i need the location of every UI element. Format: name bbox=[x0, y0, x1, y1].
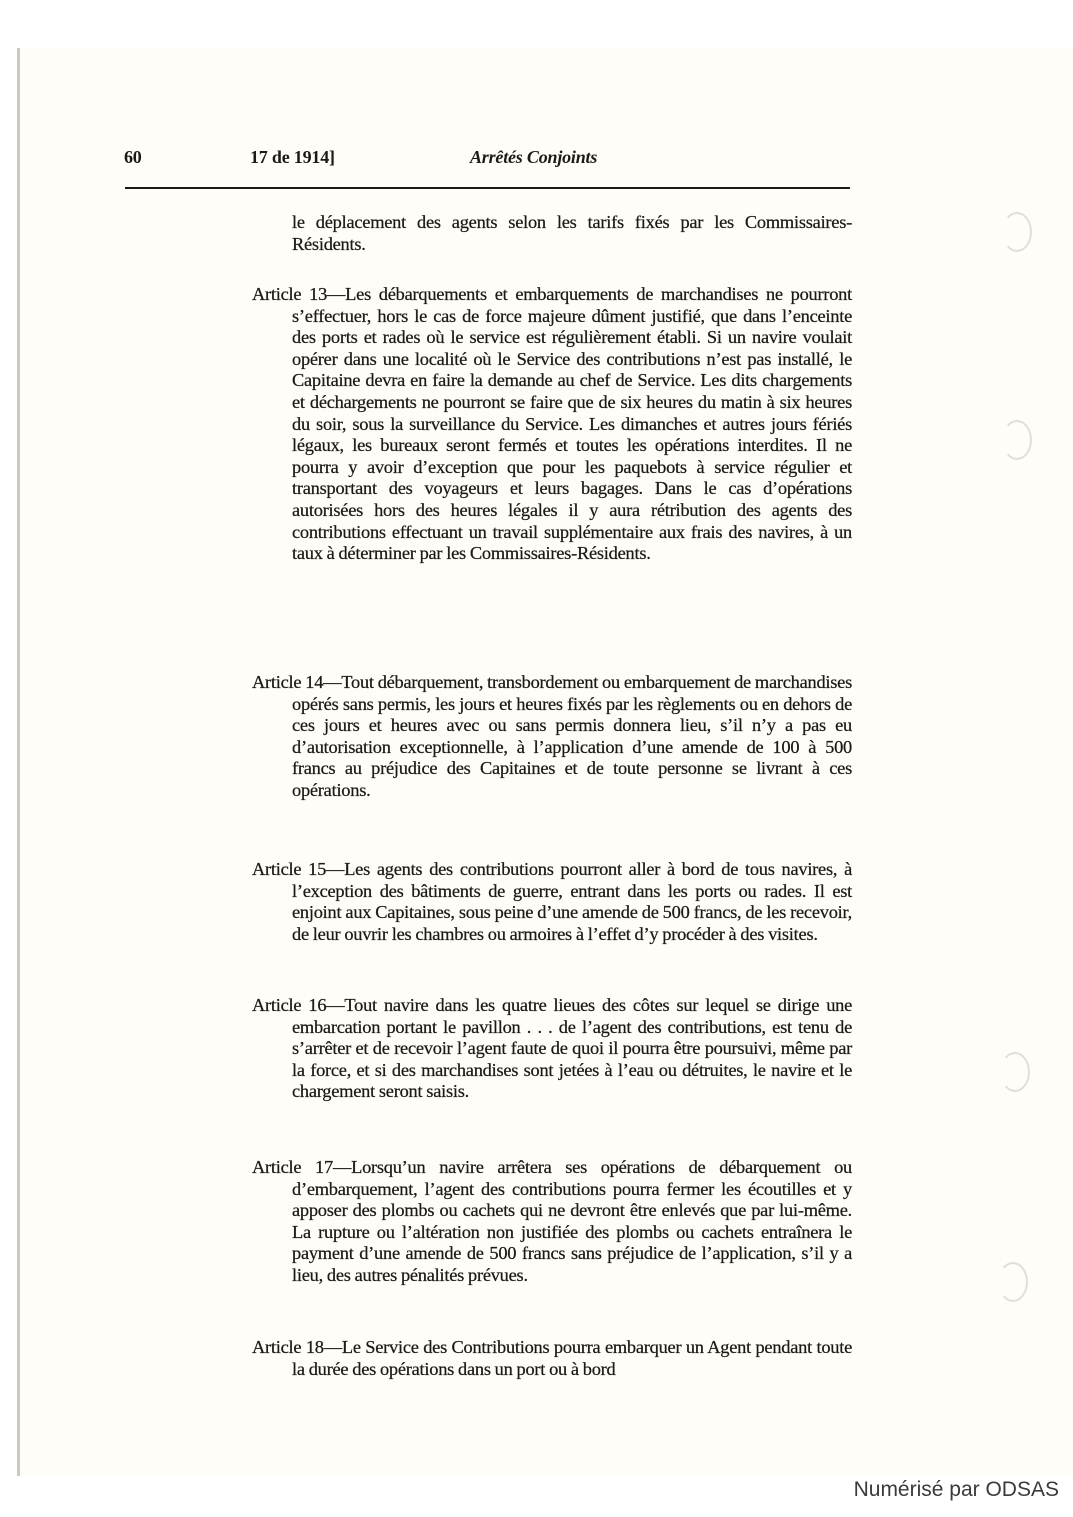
digitization-watermark: Numérisé par ODSAS bbox=[854, 1478, 1059, 1502]
page-edge-shadow bbox=[17, 48, 20, 1476]
article-17: Article 17—Lorsqu’un navire arrêtera ses… bbox=[252, 1157, 852, 1287]
running-header: 60 17 de 1914] Arrêtés Conjoints bbox=[0, 147, 1073, 173]
page-number: 60 bbox=[124, 147, 142, 168]
article-14: Article 14—Tout débarquement, transborde… bbox=[252, 672, 852, 802]
section-title: Arrêtés Conjoints bbox=[470, 147, 597, 168]
source-reference: 17 de 1914] bbox=[250, 147, 335, 168]
binder-hole-mark bbox=[998, 1262, 1028, 1302]
binder-hole-mark bbox=[1002, 420, 1032, 460]
article-13: Article 13—Les débarquements et embarque… bbox=[252, 284, 852, 565]
article-18: Article 18—Le Service des Contributions … bbox=[252, 1337, 852, 1380]
binder-hole-mark bbox=[1000, 1052, 1030, 1092]
header-rule bbox=[125, 187, 850, 189]
continuation-paragraph: le déplacement des agents selon les tari… bbox=[292, 212, 852, 255]
article-15: Article 15—Les agents des contributions … bbox=[252, 859, 852, 945]
article-16: Article 16—Tout navire dans les quatre l… bbox=[252, 995, 852, 1103]
binder-hole-mark bbox=[1002, 212, 1032, 252]
